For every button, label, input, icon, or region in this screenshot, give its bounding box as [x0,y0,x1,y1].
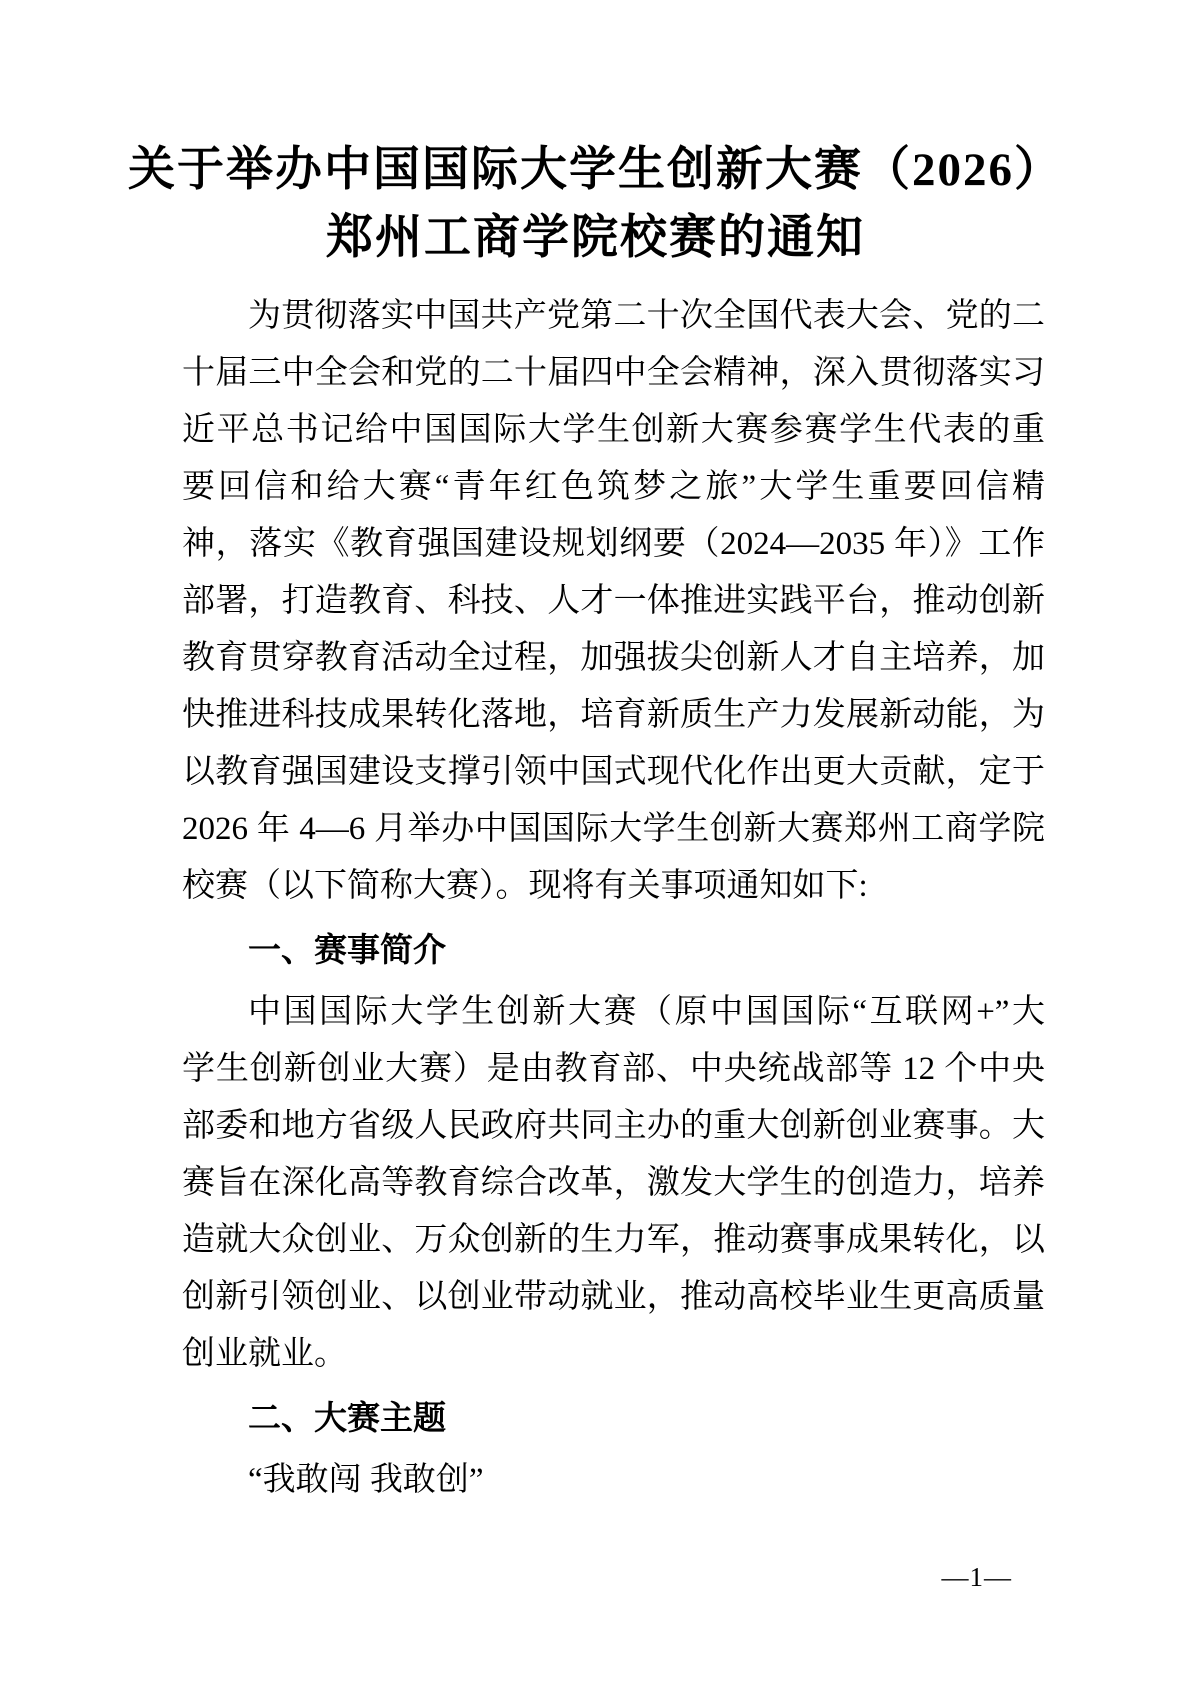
paragraph-line: 神，落实《教育强国建设规划纲要（2024—2035 年）》工作 [182,516,1045,573]
paragraph-line: 造就大众创业、万众创新的生力军，推动赛事成果转化，以 [182,1212,1045,1269]
paragraph-line: 学生创新创业大赛）是由教育部、中央统战部等 12 个中央 [182,1041,1045,1098]
paragraph-line: 以教育强国建设支撑引领中国式现代化作出更大贡献，定于 [182,744,1045,801]
document-title: 关于举办中国国际大学生创新大赛（2026） 郑州工商学院校赛的通知 [75,136,1116,272]
document-body: 为贯彻落实中国共产党第二十次全国代表大会、党的二十届三中全会和党的二十届四中全会… [182,288,1045,1509]
paragraph-line: 近平总书记给中国国际大学生创新大赛参赛学生代表的重 [182,402,1045,459]
paragraph-line: 要回信和给大赛“青年红色筑梦之旅”大学生重要回信精 [182,459,1045,516]
body-paragraph: 为贯彻落实中国共产党第二十次全国代表大会、党的二十届三中全会和党的二十届四中全会… [182,288,1045,915]
document-title-line2: 郑州工商学院校赛的通知 [75,204,1116,272]
paragraph-line: 教育贯穿教育活动全过程，加强拔尖创新人才自主培养，加 [182,630,1045,687]
paragraph-line: 校赛（以下简称大赛）。现将有关事项通知如下: [182,858,1045,915]
body-paragraph: 中国国际大学生创新大赛（原中国国际“互联网+”大学生创新创业大赛）是由教育部、中… [182,984,1045,1383]
paragraph-line: 快推进科技成果转化落地，培育新质生产力发展新动能，为 [182,687,1045,744]
paragraph-line: 创业就业。 [182,1326,1045,1383]
section-heading: 一、赛事简介 [182,921,1045,978]
section-heading: 二、大赛主题 [182,1389,1045,1446]
paragraph-line: 部委和地方省级人民政府共同主办的重大创新创业赛事。大 [182,1098,1045,1155]
paragraph-line: 部署，打造教育、科技、人才一体推进实践平台，推动创新 [182,573,1045,630]
paragraph-line: 2026 年 4—6 月举办中国国际大学生创新大赛郑州工商学院 [182,801,1045,858]
page-number: —1— [942,1562,1013,1592]
paragraph-line: 赛旨在深化高等教育综合改革，激发大学生的创造力，培养 [182,1155,1045,1212]
paragraph-line: “我敢闯 我敢创” [182,1452,1045,1509]
paragraph-line: 为贯彻落实中国共产党第二十次全国代表大会、党的二 [182,288,1045,345]
document-title-line1: 关于举办中国国际大学生创新大赛（2026） [75,136,1116,204]
paragraph-line: 十届三中全会和党的二十届四中全会精神，深入贯彻落实习 [182,345,1045,402]
document-page: 关于举办中国国际大学生创新大赛（2026） 郑州工商学院校赛的通知 为贯彻落实中… [0,0,1191,1684]
body-paragraph: “我敢闯 我敢创” [182,1452,1045,1509]
paragraph-line: 创新引领创业、以创业带动就业，推动高校毕业生更高质量 [182,1269,1045,1326]
paragraph-line: 中国国际大学生创新大赛（原中国国际“互联网+”大 [182,984,1045,1041]
